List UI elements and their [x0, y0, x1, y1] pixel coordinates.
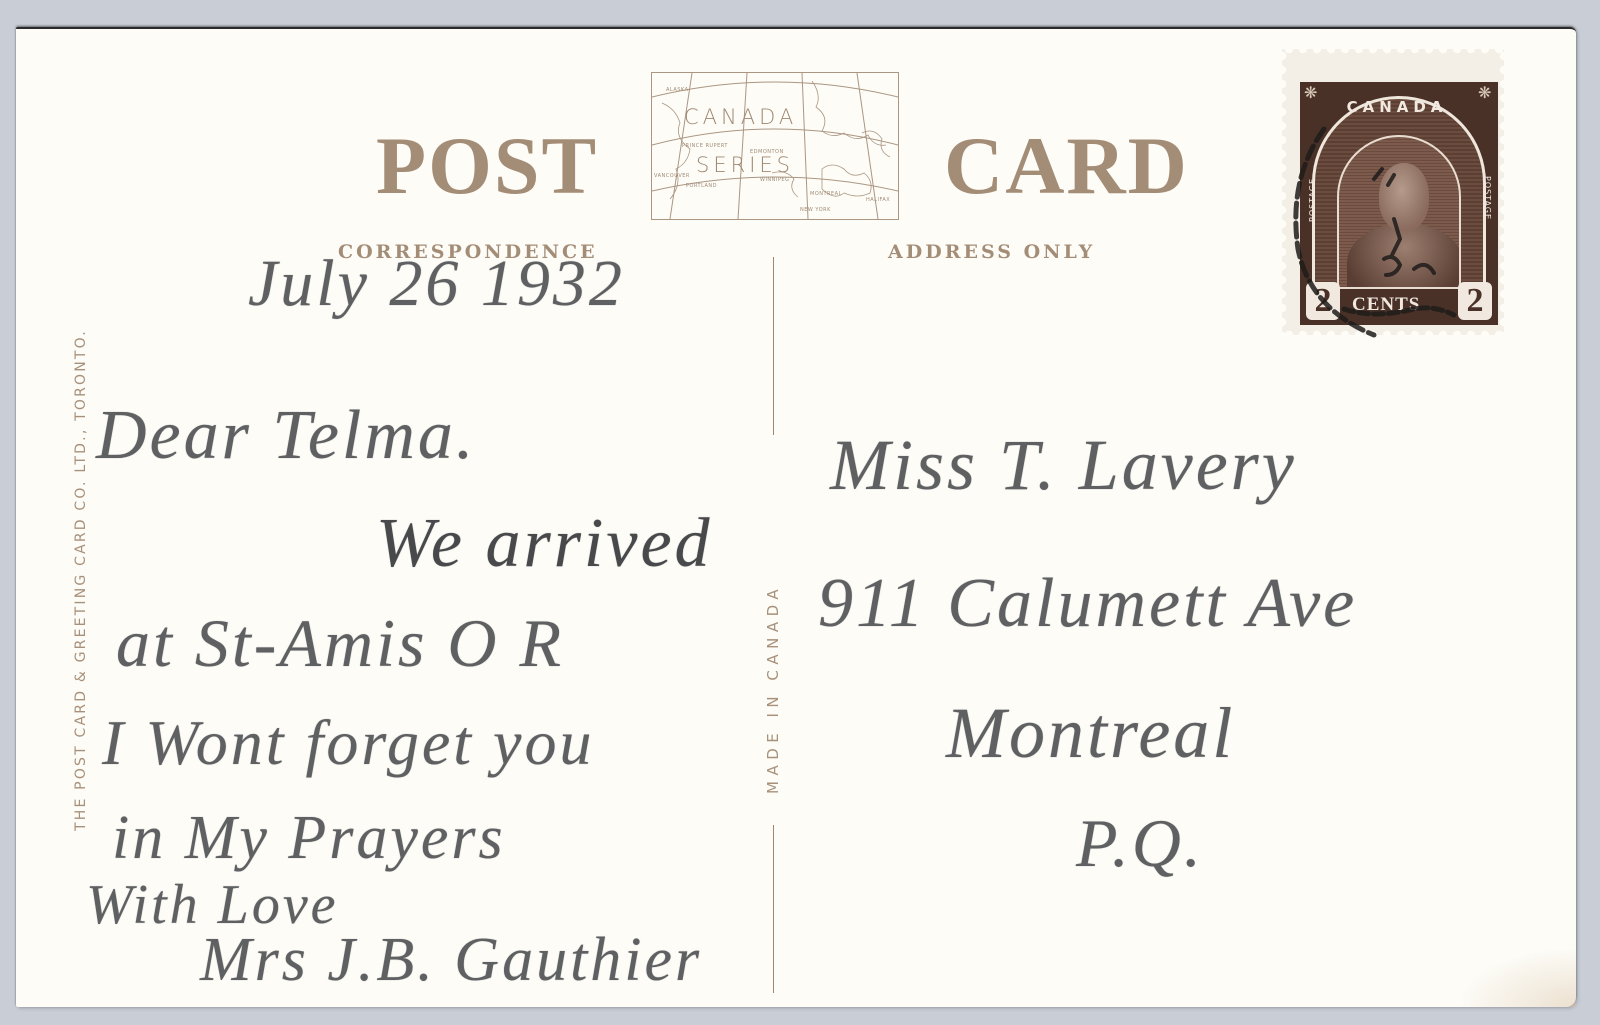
- canada-series-map-logo: ALASKA PRINCE RUPERT EDMONTON VANCOUVER …: [651, 72, 899, 220]
- map-label: HALIFAX: [866, 197, 890, 203]
- card-title: CARD: [944, 125, 1189, 207]
- stamp-portrait-frame: [1337, 135, 1461, 289]
- made-in-canada-label: MADE IN CANADA: [764, 584, 782, 794]
- stamp-side-text-left: POSTAGE: [1308, 178, 1317, 222]
- handwritten-address-name: Miss T. Lavery: [830, 429, 1297, 501]
- map-series-text: SERIES: [696, 153, 794, 177]
- handwritten-message-line: I Wont forget you: [102, 711, 594, 775]
- handwritten-message-line: at St-Amis O R: [116, 609, 564, 677]
- publisher-imprint: THE POST CARD & GREETING CARD CO. LTD., …: [73, 329, 89, 831]
- stamp-arch: [1312, 96, 1486, 286]
- address-only-label: ADDRESS ONLY: [888, 241, 1095, 263]
- post-title: POST: [376, 125, 598, 207]
- stamp-denomination-right: 2: [1458, 282, 1492, 320]
- king-portrait-head: [1379, 163, 1429, 231]
- stamp-country: CANADA: [1332, 98, 1462, 116]
- stamp-design: ❋ ❋ CANADA POSTAGE POSTAGE 2 2 CENTS: [1300, 82, 1498, 325]
- handwritten-address-street: 911 Calumett Ave: [818, 569, 1357, 639]
- handwritten-greeting: Dear Telma.: [96, 401, 476, 471]
- handwritten-signature: Mrs J.B. Gauthier: [200, 929, 702, 991]
- center-divider-bottom: [773, 825, 774, 993]
- handwritten-message-line: in My Prayers: [112, 807, 506, 869]
- maple-leaf-icon: ❋: [1478, 86, 1491, 102]
- map-label: VANCOUVER: [654, 173, 690, 179]
- map-canada-text: CANADA: [684, 105, 797, 129]
- postage-stamp: ❋ ❋ CANADA POSTAGE POSTAGE 2 2 CENTS: [1282, 49, 1504, 335]
- handwritten-address-province: P.Q.: [1076, 809, 1204, 877]
- handwritten-message-line: With Love: [86, 877, 339, 933]
- handwritten-date: July 26 1932: [248, 251, 625, 317]
- center-divider-top: [773, 257, 774, 435]
- handwritten-address-city: Montreal: [946, 697, 1235, 769]
- map-label: NEW YORK: [800, 207, 831, 213]
- map-label: MONTREAL: [810, 191, 842, 197]
- map-label: ALASKA: [666, 87, 689, 93]
- map-label: PRINCE RUPERT: [682, 143, 728, 149]
- handwritten-message-line: We arrived: [376, 509, 713, 579]
- postcard-back: POST CARD ALASKA PRINCE RUPERT EDMONTON …: [16, 27, 1576, 1007]
- maple-leaf-icon: ❋: [1304, 86, 1317, 102]
- stamp-cents-label: CENTS: [1352, 294, 1420, 316]
- stamp-side-text-right: POSTAGE: [1483, 176, 1492, 220]
- king-portrait-body: [1347, 223, 1461, 289]
- map-label: PORTLAND: [686, 183, 717, 189]
- map-label: WINNIPEG: [760, 177, 789, 183]
- stamp-denomination-left: 2: [1306, 282, 1340, 320]
